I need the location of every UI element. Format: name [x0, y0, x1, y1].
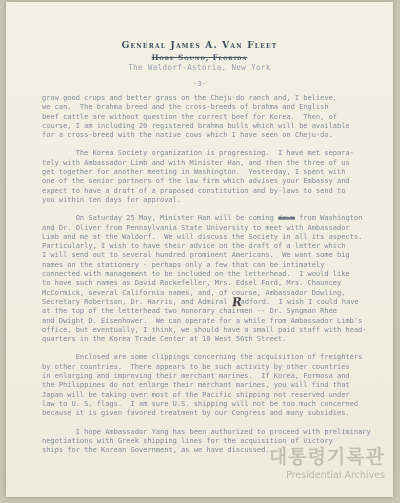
presidential-archives-watermark: 대통령기록관 Presidential Archives	[269, 442, 385, 481]
scan-background: General James A. Van Fleet Hobe Sound, F…	[0, 0, 400, 503]
paragraph-meeting-letterhead: On Saturday 25 May, Minister Han will be…	[42, 214, 371, 344]
paragraph-crops-cattle: grow good crops and better grass on the …	[42, 94, 371, 140]
letterhead-printed-address-struck: Hobe Sound, Florida	[6, 53, 393, 62]
struck-out-word: down	[278, 214, 295, 222]
letterhead-name: General James A. Van Fleet	[6, 41, 393, 51]
letter-body: grow good crops and better grass on the …	[42, 94, 371, 464]
paragraph-shipping-clippings: Enclosed are some clippings concerning t…	[42, 353, 371, 418]
letter-page: General James A. Van Fleet Hobe Sound, F…	[6, 2, 393, 497]
paragraph-3-segment-pre: On Saturday 25 May, Minister Han will be…	[42, 214, 278, 222]
typed-address: The Waldorf-Astoria, New York	[6, 63, 393, 72]
page-number: -3-	[6, 80, 393, 88]
paragraph-korea-society: The Korea Society organization is progre…	[42, 149, 371, 205]
paragraph-3-segment-mid: from Washington and Dr. Oliver from Penn…	[42, 214, 362, 306]
handwritten-correction-letter: R	[232, 302, 242, 303]
watermark-english-text: Presidential Archives	[269, 470, 385, 481]
letterhead: General James A. Van Fleet Hobe Sound, F…	[6, 41, 393, 72]
watermark-korean-text: 대통령기록관	[269, 442, 385, 469]
